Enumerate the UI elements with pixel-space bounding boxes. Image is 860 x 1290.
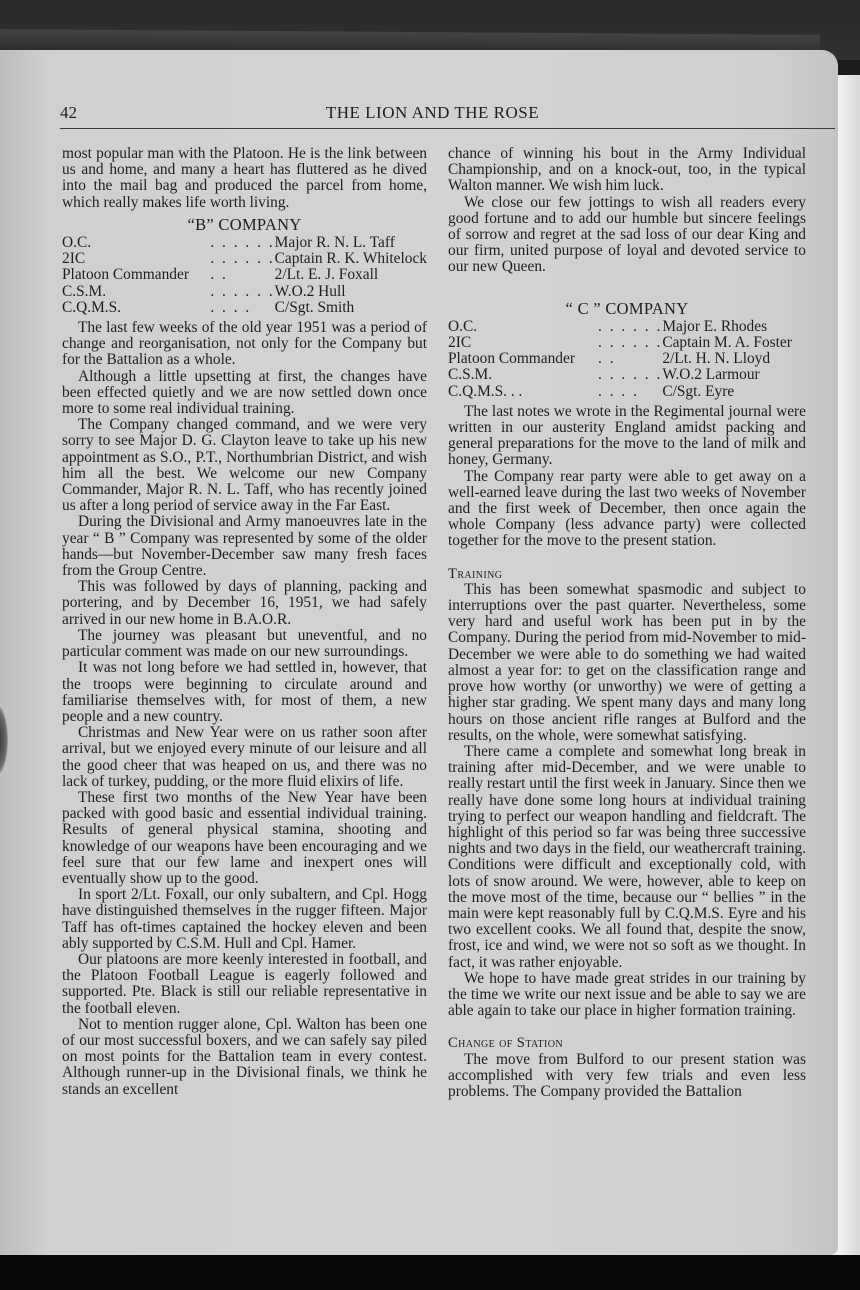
paragraph: It was not long before we had settled in… (62, 660, 427, 725)
b-company-text: The last few weeks of the old year 1951 … (62, 320, 427, 1098)
dot-leader: . . . . . . (210, 235, 274, 251)
roster-row: O.C.. . . . . .Major R. N. L. Taff (62, 235, 427, 251)
paragraph: chance of winning his bout in the Army I… (448, 146, 806, 195)
training-text: This has been somewhat spasmodic and sub… (448, 582, 806, 1019)
change-of-station-heading: Change of Station (448, 1035, 806, 1051)
roster-name: Captain M. A. Foster (662, 335, 806, 351)
paragraph: Our platoons are more keenly interested … (62, 952, 427, 1017)
roster-row: C.Q.M.S.. . . .C/Sgt. Smith (62, 300, 427, 316)
roster-role: C.S.M. (62, 284, 210, 300)
paragraph: Not to mention rugger alone, Cpl. Walton… (62, 1017, 427, 1098)
dot-leader: . . (210, 267, 274, 283)
c-company-heading: “ C ” COMPANY (448, 301, 806, 317)
dot-leader: . . (598, 351, 662, 367)
c-company-text: The last notes we wrote in the Regimenta… (448, 404, 806, 550)
paragraph: In sport 2/Lt. Foxall, our only subalter… (62, 887, 427, 952)
roster-row: Platoon Commander. .2/Lt. E. J. Foxall (62, 267, 427, 283)
roster-row: Platoon Commander. .2/Lt. H. N. Lloyd (448, 351, 806, 367)
paragraph: This was followed by days of planning, p… (62, 579, 427, 628)
paragraph: We close our few jottings to wish all re… (448, 195, 806, 276)
roster-role: 2IC (448, 335, 598, 351)
right-column: chance of winning his bout in the Army I… (448, 146, 806, 1100)
roster-role: C.Q.M.S. (62, 300, 210, 316)
paragraph: The last notes we wrote in the Regimenta… (448, 404, 806, 469)
dot-leader: . . . . (210, 300, 274, 316)
roster-name: Major E. Rhodes (662, 319, 806, 335)
paragraph: Christmas and New Year were on us rather… (62, 725, 427, 790)
roster-name: C/Sgt. Eyre (662, 384, 806, 400)
paragraph: These first two months of the New Year h… (62, 790, 427, 887)
continued-paragraph: most popular man with the Platoon. He is… (62, 146, 427, 211)
paragraph: The journey was pleasant but uneventful,… (62, 628, 427, 660)
roster-name: C/Sgt. Smith (275, 300, 427, 316)
c-company-roster: O.C.. . . . . .Major E. Rhodes2IC. . . .… (448, 319, 806, 400)
roster-name: Captain R. K. Whitelock (275, 251, 427, 267)
roster-row: C.Q.M.S. . .. . . .C/Sgt. Eyre (448, 384, 806, 400)
roster-name: 2/Lt. H. N. Lloyd (662, 351, 806, 367)
paragraph: This has been somewhat spasmodic and sub… (448, 582, 806, 744)
roster-name: Major R. N. L. Taff (275, 235, 427, 251)
continued-text: chance of winning his bout in the Army I… (448, 146, 806, 276)
roster-role: O.C. (448, 319, 598, 335)
paragraph: We hope to have made great strides in ou… (448, 971, 806, 1020)
roster-name: W.O.2 Hull (275, 284, 427, 300)
training-heading: Training (448, 566, 806, 582)
running-head: 42 THE LION AND THE ROSE (60, 100, 835, 129)
paragraph: Although a little upsetting at first, th… (62, 369, 427, 418)
dot-leader: . . . . . . (598, 367, 662, 383)
roster-row: C.S.M.. . . . . .W.O.2 Hull (62, 284, 427, 300)
roster-role: Platoon Commander (62, 267, 210, 283)
dot-leader: . . . . . . (210, 251, 274, 267)
roster-row: 2IC. . . . . .Captain M. A. Foster (448, 335, 806, 351)
left-column: most popular man with the Platoon. He is… (62, 146, 427, 1098)
roster-row: C.S.M.. . . . . .W.O.2 Larmour (448, 367, 806, 383)
roster-role: C.S.M. (448, 367, 598, 383)
b-company-roster: O.C.. . . . . .Major R. N. L. Taff2IC. .… (62, 235, 427, 316)
roster-role: 2IC (62, 251, 210, 267)
roster-role: O.C. (62, 235, 210, 251)
background-bottom (0, 1255, 860, 1290)
dot-leader: . . . . . . (598, 319, 662, 335)
roster-row: 2IC. . . . . .Captain R. K. Whitelock (62, 251, 427, 267)
dot-leader: . . . . . . (210, 284, 274, 300)
roster-role: Platoon Commander (448, 351, 598, 367)
paragraph: The last few weeks of the old year 1951 … (62, 320, 427, 369)
roster-row: O.C.. . . . . .Major E. Rhodes (448, 319, 806, 335)
roster-name: 2/Lt. E. J. Foxall (275, 267, 427, 283)
change-of-station-text: The move from Bulford to our present sta… (448, 1052, 806, 1101)
dot-leader: . . . . (598, 384, 662, 400)
paragraph: There came a complete and somewhat long … (448, 744, 806, 971)
paragraph: During the Divisional and Army manoeuvre… (62, 514, 427, 579)
paragraph: The Company rear party were able to get … (448, 469, 806, 550)
paragraph: The Company changed command, and we were… (62, 417, 427, 514)
roster-name: W.O.2 Larmour (662, 367, 806, 383)
dot-leader: . . . . . . (598, 335, 662, 351)
b-company-heading: “B” COMPANY (62, 217, 427, 233)
paragraph: The move from Bulford to our present sta… (448, 1052, 806, 1101)
roster-role: C.Q.M.S. . . (448, 384, 598, 400)
journal-title: THE LION AND THE ROSE (60, 103, 835, 123)
